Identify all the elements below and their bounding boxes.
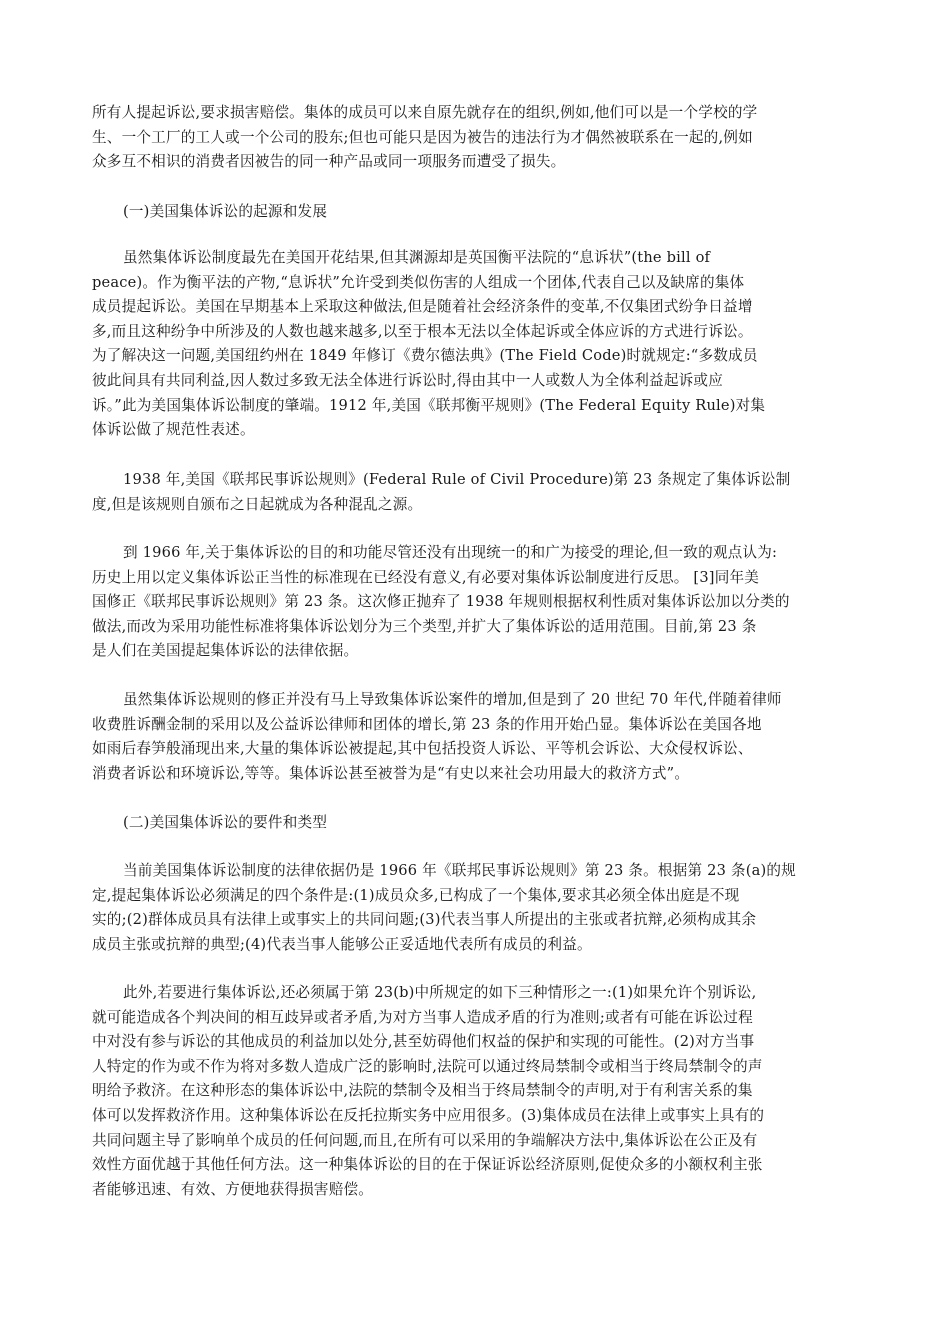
- text-line: 中对没有参与诉讼的其他成员的利益加以处分,甚至妨碍他们权益的保护和实现的可能性。…: [92, 1030, 852, 1055]
- text-line: 就可能造成各个判决间的相互歧异或者矛盾,为对方当事人造成矛盾的行为准则;或者有可…: [92, 1006, 852, 1031]
- text-line: 消费者诉讼和环境诉讼,等等。集体诉讼甚至被誉为是“有史以来社会功用最大的救济方式…: [92, 762, 852, 787]
- text-line: 人特定的作为或不作为将对多数人造成广泛的影响时,法院可以通过终局禁制令或相当于终…: [92, 1055, 852, 1080]
- paragraph-1970s-growth: 虽然集体诉讼规则的修正并没有马上导致集体诉讼案件的增加,但是到了 20 世纪 7…: [92, 688, 852, 786]
- text-line: 做法,而改为采用功能性标准将集体诉讼划分为三个类型,并扩大了集体诉讼的适用范围。…: [92, 615, 852, 640]
- text-line: 明给予救济。在这种形态的集体诉讼中,法院的禁制令及相当于终局禁制令的声明,对于有…: [92, 1079, 852, 1104]
- text-line: 到 1966 年,关于集体诉讼的目的和功能尽管还没有出现统一的和广为接受的理论,…: [92, 541, 852, 566]
- text-line: 众多互不相识的消费者因被告的同一种产品或同一项服务而遭受了损失。: [92, 150, 852, 175]
- heading-text: (一)美国集体诉讼的起源和发展: [92, 200, 852, 225]
- text-line: 此外,若要进行集体诉讼,还必须属于第 23(b)中所规定的如下三种情形之一:(1…: [92, 981, 852, 1006]
- text-line: 定,提起集体诉讼必须满足的四个条件是:(1)成员众多,已构成了一个集体,要求其必…: [92, 884, 852, 909]
- text-line: 虽然集体诉讼制度最先在美国开花结果,但其渊源却是英国衡平法院的“息诉状”(the…: [92, 246, 852, 271]
- text-line: 成员提起诉讼。美国在早期基本上采取这种做法,但是随着社会经济条件的变革,不仅集团…: [92, 295, 852, 320]
- text-line: 共同问题主导了影响单个成员的任何问题,而且,在所有可以采用的争端解决方法中,集体…: [92, 1129, 852, 1154]
- text-line: 多,而且这种纷争中所涉及的人数也越来越多,以至于根本无法以全体起诉或全体应诉的方…: [92, 320, 852, 345]
- text-line: 体可以发挥救济作用。这种集体诉讼在反托拉斯实务中应用很多。(3)集体成员在法律上…: [92, 1104, 852, 1129]
- text-line: 生、一个工厂的工人或一个公司的股东;但也可能只是因为被告的违法行为才偶然被联系在…: [92, 126, 852, 151]
- paragraph-continuation: 所有人提起诉讼,要求损害赔偿。集体的成员可以来自原先就存在的组织,例如,他们可以…: [92, 101, 852, 175]
- text-line: 体诉讼做了规范性表述。: [92, 418, 852, 443]
- text-line: 如雨后春笋般涌现出来,大量的集体诉讼被提起,其中包括投资人诉讼、平等机会诉讼、大…: [92, 737, 852, 762]
- text-line: 所有人提起诉讼,要求损害赔偿。集体的成员可以来自原先就存在的组织,例如,他们可以…: [92, 101, 852, 126]
- text-line: 收费胜诉酬金制的采用以及公益诉讼律师和团体的增长,第 23 条的作用开始凸显。集…: [92, 713, 852, 738]
- heading-text: (二)美国集体诉讼的要件和类型: [92, 811, 852, 836]
- text-line: 国修正《联邦民事诉讼规则》第 23 条。这次修正抛弃了 1938 年规则根据权利…: [92, 590, 852, 615]
- section-heading-requirements: (二)美国集体诉讼的要件和类型: [92, 811, 852, 836]
- paragraph-bill-of-peace: 虽然集体诉讼制度最先在美国开花结果,但其渊源却是英国衡平法院的“息诉状”(the…: [92, 246, 852, 443]
- text-line: 当前美国集体诉讼制度的法律依据仍是 1966 年《联邦民事诉讼规则》第 23 条…: [92, 859, 852, 884]
- text-line: 成员主张或抗辩的典型;(4)代表当事人能够公正妥适地代表所有成员的利益。: [92, 933, 852, 958]
- text-line: 虽然集体诉讼规则的修正并没有马上导致集体诉讼案件的增加,但是到了 20 世纪 7…: [92, 688, 852, 713]
- document-page: 所有人提起诉讼,要求损害赔偿。集体的成员可以来自原先就存在的组织,例如,他们可以…: [0, 0, 950, 1344]
- text-line: 诉。”此为美国集体诉讼制度的肇端。1912 年,美国《联邦衡平规则》(The F…: [92, 394, 852, 419]
- text-line: 是人们在美国提起集体诉讼的法律依据。: [92, 639, 852, 664]
- text-line: 1938 年,美国《联邦民事诉讼规则》(Federal Rule of Civi…: [92, 468, 852, 493]
- text-line: 为了解决这一问题,美国纽约州在 1849 年修订《费尔德法典》(The Fiel…: [92, 344, 852, 369]
- text-line: peace)。作为衡平法的产物,“息诉状”允许受到类似伤害的人组成一个团体,代表…: [92, 271, 852, 296]
- paragraph-three-types: 此外,若要进行集体诉讼,还必须属于第 23(b)中所规定的如下三种情形之一:(1…: [92, 981, 852, 1202]
- text-line: 效性方面优越于其他任何方法。这一种集体诉讼的目的在于保证诉讼经济原则,促使众多的…: [92, 1153, 852, 1178]
- text-line: 历史上用以定义集体诉讼正当性的标准现在已经没有意义,有必要对集体诉讼制度进行反思…: [92, 566, 852, 591]
- section-heading-origins: (一)美国集体诉讼的起源和发展: [92, 200, 852, 225]
- paragraph-1938-rule: 1938 年,美国《联邦民事诉讼规则》(Federal Rule of Civi…: [92, 468, 852, 517]
- text-line: 者能够迅速、有效、方便地获得损害赔偿。: [92, 1178, 852, 1203]
- text-line: 实的;(2)群体成员具有法律上或事实上的共同问题;(3)代表当事人所提出的主张或…: [92, 908, 852, 933]
- text-line: 度,但是该规则自颁布之日起就成为各种混乱之源。: [92, 493, 852, 518]
- text-line: 彼此间具有共同利益,因人数过多致无法全体进行诉讼时,得由其中一人或数人为全体利益…: [92, 369, 852, 394]
- paragraph-four-conditions: 当前美国集体诉讼制度的法律依据仍是 1966 年《联邦民事诉讼规则》第 23 条…: [92, 859, 852, 957]
- paragraph-1966-amendment: 到 1966 年,关于集体诉讼的目的和功能尽管还没有出现统一的和广为接受的理论,…: [92, 541, 852, 664]
